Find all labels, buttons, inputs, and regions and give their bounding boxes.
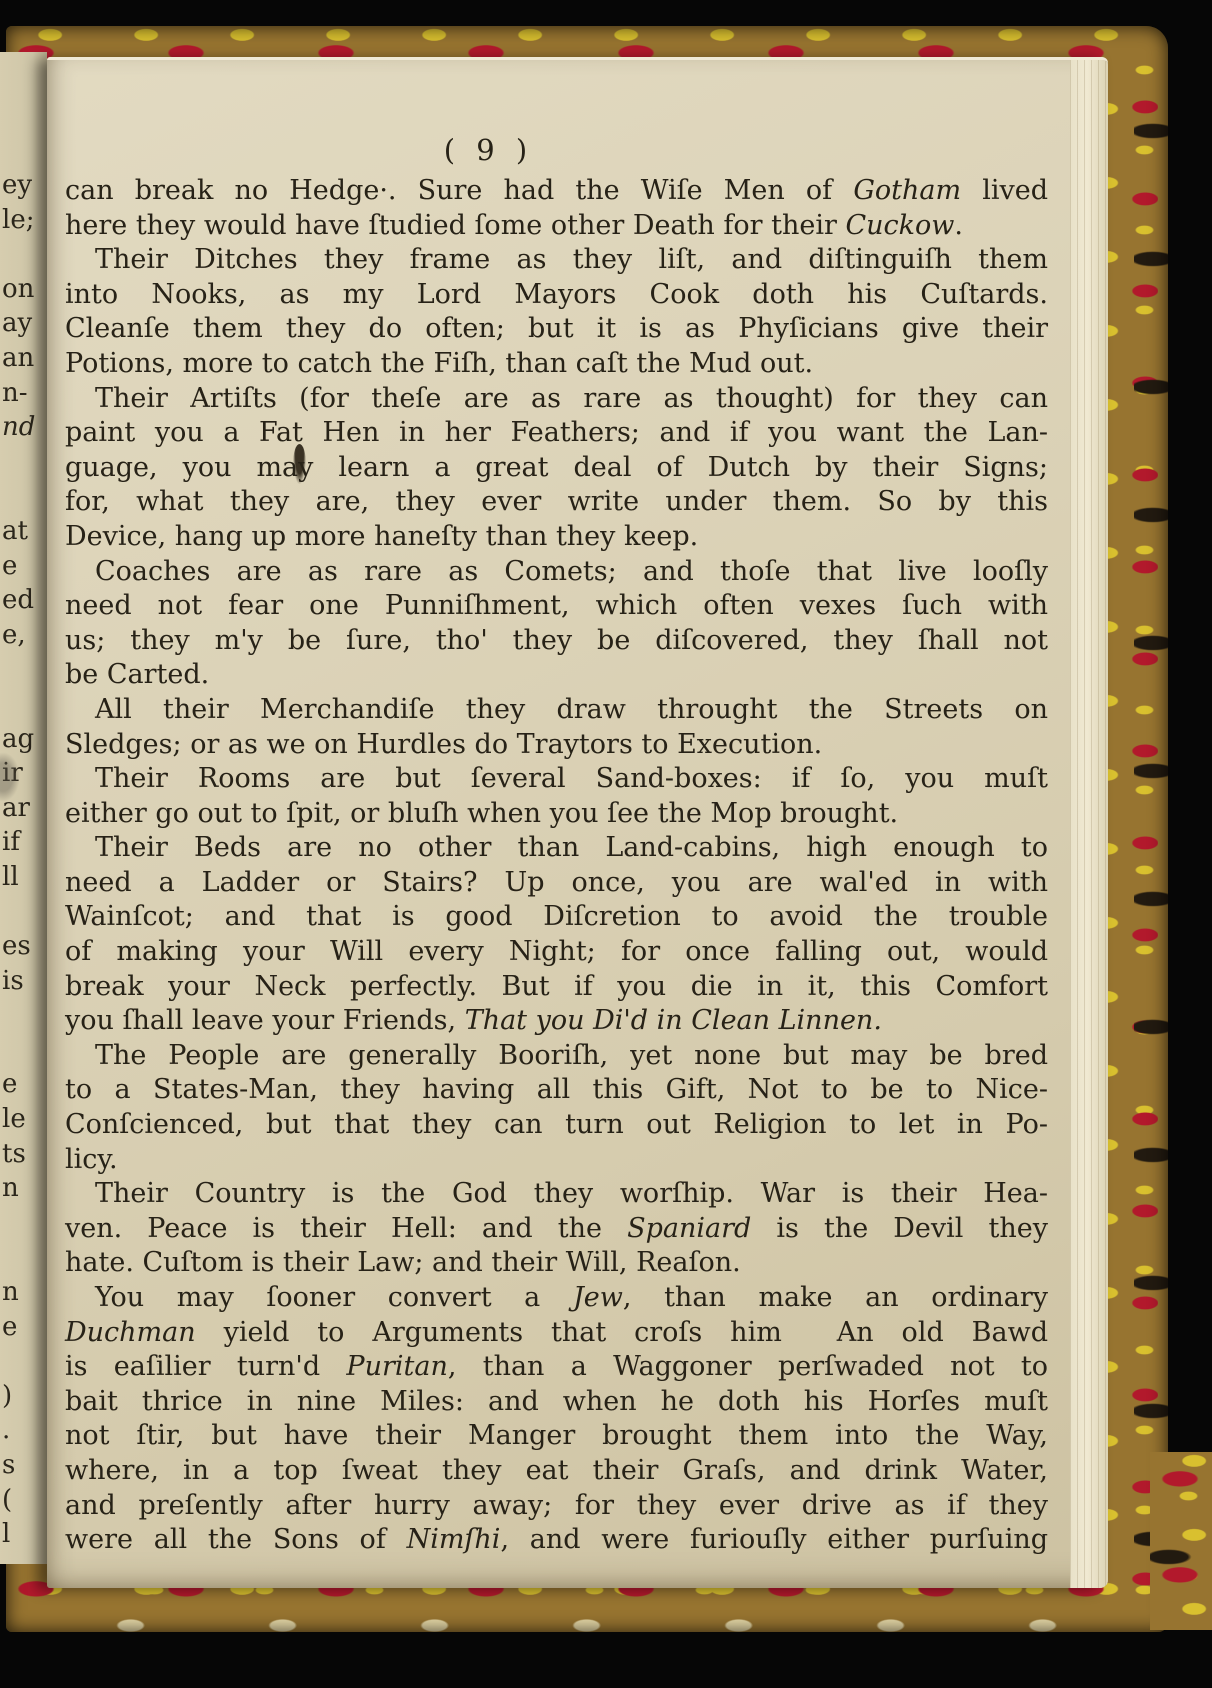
text-run: on [2,274,34,304]
text-run: Duchman [65,1317,196,1348]
text-run: you ſhall leave your Friends, [65,1005,465,1036]
edge-fragment: on [2,272,44,307]
text-run: either go out to ſpit, or bluſh when you… [65,798,898,829]
text-run: ts [2,1139,26,1169]
edge-fragment: l [2,1517,44,1552]
text-run: yield to Arguments that croſs him An old… [196,1317,1048,1348]
text-line: Potions, more to catch the Fiſh, than ca… [65,347,1048,382]
edge-fragment: e [2,549,44,584]
edge-fragment [2,445,44,480]
text-run: Conſcienced, but that they can turn out … [65,1109,1048,1140]
marbled-cover-corner [1150,1452,1212,1630]
text-run: e, [2,620,26,650]
text-run: ) [2,1381,12,1411]
text-run: All their Merchandiſe they draw throught… [95,694,1048,725]
text-run: be Carted. [65,659,209,690]
text-line: Device, hang up more haneſty than they k… [65,520,1048,555]
edge-fragment: ts [2,1137,44,1172]
text-line: can break no Hedge·. Sure had the Wiſe M… [65,174,1048,209]
text-run: ed [2,585,34,615]
edge-fragment: n- [2,376,44,411]
text-run: , than make an ordinary [623,1282,1048,1313]
text-line: to a States-Man, they having all this Gi… [65,1073,1048,1108]
text-line: here they would have ſtudied ſome other … [65,209,1048,244]
edge-fragment: ( [2,1483,44,1518]
text-line: were all the Sons of Nimſhi, and were fu… [65,1523,1048,1558]
edge-fragment: e [2,1067,44,1102]
text-line: ven. Peace is their Hell: and the Spania… [65,1212,1048,1247]
text-run: Their Rooms are but ſeveral Sand-boxes: … [95,763,1048,794]
text-line: is eaſilier turn'd Puritan, than a Waggo… [65,1350,1048,1385]
text-line: us; they m'y be ſure, tho' they be diſco… [65,624,1048,659]
text-run: ay [2,308,32,338]
edge-fragment [2,652,44,687]
text-run: to a States-Man, they having all this Gi… [65,1074,1048,1105]
text-line: break your Neck perfectly. But if you di… [65,970,1048,1005]
text-run: , than a Waggoner perſwaded not to [448,1351,1048,1382]
text-run: Sledges; or as we on Hurdles do Traytors… [65,729,822,760]
text-run: lived [961,175,1048,206]
text-line: Duchman yield to Arguments that croſs hi… [65,1316,1048,1351]
text-run: hate. Cuſtom is their Law; and their Wil… [65,1247,741,1278]
text-line: hate. Cuſtom is their Law; and their Wil… [65,1246,1048,1281]
edge-fragment: ) [2,1379,44,1414]
text-run: Cuckow [845,210,954,241]
text-run: s [2,1450,15,1480]
text-line: Cleanſe them they do often; but it is as… [65,312,1048,347]
edge-fragment: is [2,964,44,999]
text-line: Their Ditches they frame as they liſt, a… [65,243,1048,278]
text-run: Their Ditches they frame as they liſt, a… [95,244,1048,275]
edge-fragment: le [2,1102,44,1137]
text-line: Coaches are as rare as Comets; and thoſe… [65,555,1048,590]
text-run: e [2,551,17,581]
text-line: You may ſooner convert a Jew, than make … [65,1281,1048,1316]
text-run: paint you a Fat Hen in her Feathers; and… [65,417,1048,448]
text-run: Nimſhi [407,1524,501,1555]
text-run: e [2,1069,17,1099]
text-line: Sledges; or as we on Hurdles do Traytors… [65,728,1048,763]
text-run: , and were furiouſly either purſuing [500,1524,1048,1555]
text-line: need a Ladder or Stairs? Up once, you ar… [65,866,1048,901]
text-run: Spaniard [627,1213,751,1244]
text-line: need not fear one Punniſhment, which oft… [65,589,1048,624]
text-line: be Carted. [65,658,1048,693]
text-run: Their Artiſts (for theſe are as rare as … [95,383,1048,414]
text-line: paint you a Fat Hen in her Feathers; and… [65,416,1048,451]
text-run: into Nooks, as my Lord Mayors Cook doth … [65,279,1048,310]
text-run: es [2,931,31,961]
edge-fragment: ay [2,306,44,341]
page-fore-edge [1070,60,1108,1588]
edge-fragment: n [2,1171,44,1206]
text-line: you ſhall leave your Friends, That you D… [65,1004,1048,1039]
edge-fragment: ll [2,860,44,895]
edge-fragment [2,237,44,272]
text-run: n- [2,378,28,408]
text-run: ( [2,1485,12,1515]
text-run: at [2,516,28,546]
edge-fragment: s [2,1448,44,1483]
text-run: The People are generally Booriſh, yet no… [95,1040,1048,1071]
text-run: licy. [65,1144,118,1175]
edge-fragment: nd [2,410,44,445]
text-run: break your Neck perfectly. But if you di… [65,971,1048,1002]
text-run: Coaches are as rare as Comets; and thoſe… [95,556,1048,587]
text-run: Cleanſe them they do often; but it is as… [65,313,1048,344]
text-run: . [2,1415,10,1445]
book-page: ( 9 ) can break no Hedge·. Sure had the … [47,57,1108,1588]
text-line: guage, you may learn a great deal of Dut… [65,451,1048,486]
text-line: and preſently after hurry away; for they… [65,1489,1048,1524]
text-run: is [2,966,24,996]
text-run: guage, you may learn a great deal of Dut… [65,452,1048,483]
edge-fragment [2,1206,44,1241]
text-line: Conſcienced, but that they can turn out … [65,1108,1048,1143]
edge-fragment [2,687,44,722]
text-run: if [2,827,20,857]
text-run: nd [2,412,35,442]
text-run: Jew [573,1282,623,1313]
text-run: of making your Will every Night; for onc… [65,936,1048,967]
text-run: Wainſcot; and that is good Diſcretion to… [65,901,1048,932]
text-run: is eaſilier turn'd [65,1351,346,1382]
text-run: Device, hang up more haneſty than they k… [65,521,698,552]
edge-fragment [2,1240,44,1275]
text-line: where, in a top ſweat they eat their Gra… [65,1454,1048,1489]
edge-fragment: n [2,1275,44,1310]
text-line: either go out to ſpit, or bluſh when you… [65,797,1048,832]
text-line: The People are generally Booriſh, yet no… [65,1039,1048,1074]
text-run: and preſently after hurry away; for they… [65,1490,1048,1521]
paper-smudge [0,752,20,802]
text-line: Their Beds are no other than Land-cabins… [65,831,1048,866]
text-run: Gotham [853,175,961,206]
edge-fragment [2,1033,44,1068]
text-line: bait thrice in nine Miles: and when he d… [65,1385,1048,1420]
text-run: where, in a top ſweat they eat their Gra… [65,1455,1048,1486]
text-line: not ſtir, but have their Manger brought … [65,1419,1048,1454]
edge-text-fragments: eyle;onayann-ndateede,agirarifllesiselet… [2,168,44,1552]
text-run: for, what they are, they ever write unde… [65,486,1048,517]
text-run: not ſtir, but have their Manger brought … [65,1420,1048,1451]
text-run: Their Beds are no other than Land-cabins… [95,832,1048,863]
text-run: Their Country is the God they worſhip. W… [95,1178,1048,1209]
body-text: can break no Hedge·. Sure had the Wiſe M… [65,174,1048,1558]
text-run: need a Ladder or Stairs? Up once, you ar… [65,867,1048,898]
text-line: Their Artiſts (for theſe are as rare as … [65,382,1048,417]
text-run: . [954,210,963,241]
text-run: e [2,1312,17,1342]
text-run: n [2,1173,19,1203]
text-run: ag [2,724,34,754]
edge-fragment [2,1344,44,1379]
edge-fragment: e [2,1310,44,1345]
text-line: for, what they are, they ever write unde… [65,485,1048,520]
edge-fragment: ed [2,583,44,618]
text-run: bait thrice in nine Miles: and when he d… [65,1386,1048,1417]
text-run: ven. Peace is their Hell: and the [65,1213,627,1244]
edge-fragment: ag [2,722,44,757]
edge-fragment: if [2,825,44,860]
edge-fragment: at [2,514,44,549]
edge-fragment [2,894,44,929]
text-line: Their Rooms are but ſeveral Sand-boxes: … [65,762,1048,797]
text-run: Puritan [346,1351,447,1382]
photo-background: eyle;onayann-ndateede,agirarifllesiselet… [0,0,1212,1688]
text-run: here they would have ſtudied ſome other … [65,210,845,241]
edge-fragment: es [2,929,44,964]
text-line: licy. [65,1143,1048,1178]
text-run: That you Di'd in Clean Linnen. [465,1005,882,1036]
text-line: Wainſcot; and that is good Diſcretion to… [65,900,1048,935]
edge-fragment: le; [2,203,44,238]
edge-fragment: an [2,341,44,376]
text-run: l [2,1519,10,1549]
text-line: into Nooks, as my Lord Mayors Cook doth … [65,278,1048,313]
text-line: All their Merchandiſe they draw throught… [65,693,1048,728]
text-run: ey [2,170,32,200]
edge-fragment [2,479,44,514]
text-run: were all the Sons of [65,1524,407,1555]
page-number: ( 9 ) [0,130,980,174]
text-run: need not fear one Punniſhment, which oft… [65,590,1048,621]
text-line: of making your Will every Night; for onc… [65,935,1048,970]
text-run: le [2,1104,26,1134]
text-run: Potions, more to catch the Fiſh, than ca… [65,348,813,379]
text-run: can break no Hedge·. Sure had the Wiſe M… [65,175,853,206]
text-run: an [2,343,34,373]
text-line: Their Country is the God they worſhip. W… [65,1177,1048,1212]
facing-page-sliver: eyle;onayann-ndateede,agirarifllesiselet… [0,52,47,1564]
edge-fragment: e, [2,618,44,653]
text-run: us; they m'y be ſure, tho' they be diſco… [65,625,1048,656]
edge-fragment: . [2,1413,44,1448]
text-run: You may ſooner convert a [95,1282,573,1313]
page-text: ( 9 ) can break no Hedge·. Sure had the … [65,130,1048,1558]
text-run: is the Devil they [751,1213,1048,1244]
text-run: ll [2,862,19,892]
text-run: n [2,1277,19,1307]
edge-fragment [2,998,44,1033]
text-run: le; [2,205,34,235]
